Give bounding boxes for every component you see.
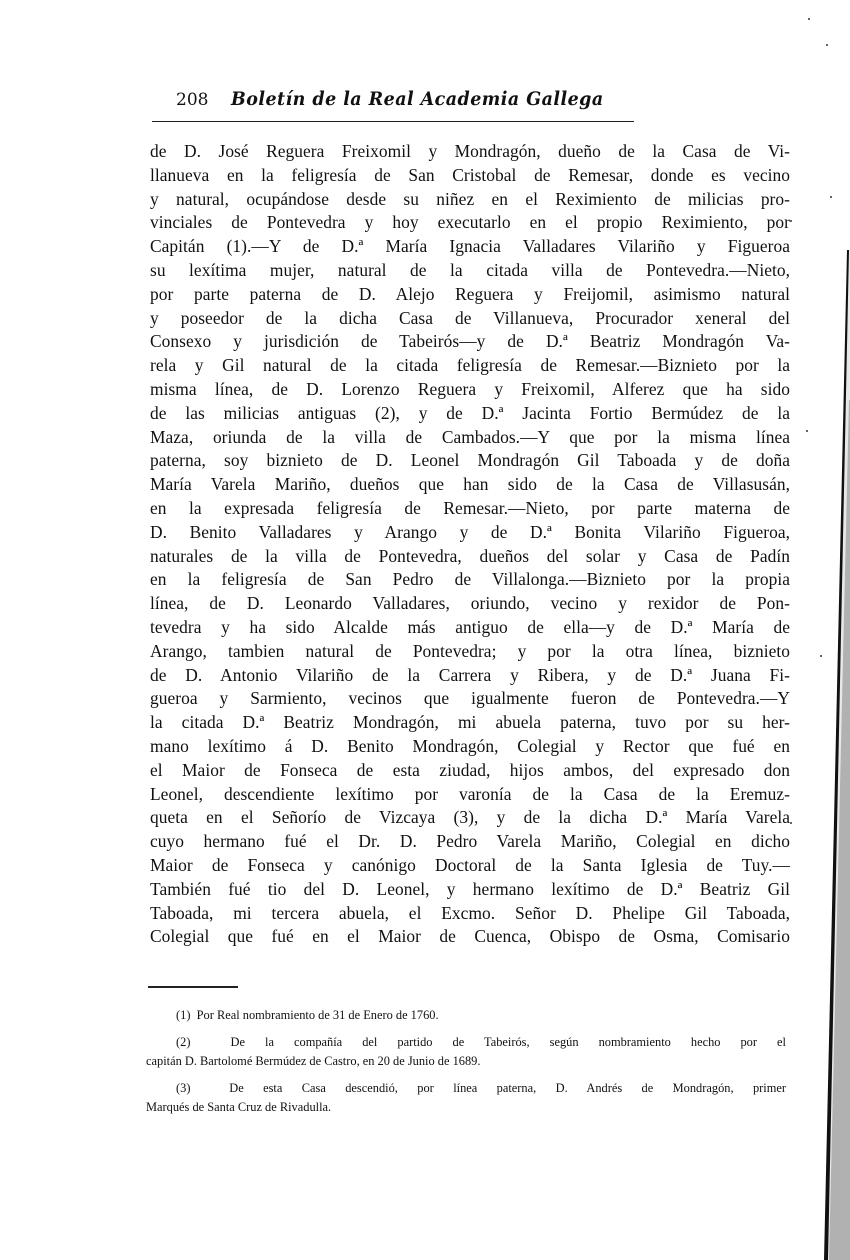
body-line: en la expresada feligresía de Remesar.—N…	[150, 497, 790, 521]
body-line: de D. José Reguera Freixomil y Mondragón…	[150, 140, 790, 164]
body-line: cuyo hermano fué el Dr. D. Pedro Varela …	[150, 830, 790, 854]
body-line: gueroa y Sarmiento, vecinos que igualmen…	[150, 687, 790, 711]
body-line: línea, de D. Leonardo Valladares, oriund…	[150, 592, 790, 616]
footnote-marker: (3)	[176, 1081, 190, 1095]
body-line: tevedra y ha sido Alcalde más antiguo de…	[150, 616, 790, 640]
footnote-2-continued: capitán D. Bartolomé Bermúdez de Castro,…	[146, 1052, 786, 1071]
footnotes: (1) Por Real nombramiento de 31 de Enero…	[146, 1006, 786, 1117]
body-line: D. Benito Valladares y Arango y de D.ª B…	[150, 521, 790, 545]
body-line: Leonel, descendiente lexítimo por varoní…	[150, 783, 790, 807]
body-line: Taboada, mi tercera abuela, el Excmo. Se…	[150, 902, 790, 926]
body-line: Consexo y jurisdición de Tabeirós—y de D…	[150, 330, 790, 354]
footnote-marker: (1)	[176, 1008, 190, 1022]
body-line: Arango, tambien natural de Pontevedra; y…	[150, 640, 790, 664]
footnote-text: De esta Casa descendió, por línea patern…	[229, 1081, 786, 1095]
footnote-text: De la compañía del partido de Tabeirós, …	[231, 1035, 786, 1049]
footnote-1: (1) Por Real nombramiento de 31 de Enero…	[146, 1006, 786, 1025]
body-line: paterna, soy biznieto de D. Leonel Mondr…	[150, 449, 790, 473]
body-line: Maior de Fonseca y canónigo Doctoral de …	[150, 854, 790, 878]
journal-title: Boletín de la Real Academia Gallega	[231, 88, 604, 110]
header-rule	[152, 121, 634, 122]
body-line: llanueva en la feligresía de San Cristob…	[150, 164, 790, 188]
body-line: mano lexítimo á D. Benito Mondragón, Col…	[150, 735, 790, 759]
body-line: queta en el Señorío de Vizcaya (3), y de…	[150, 806, 790, 830]
page-edge-shadow	[810, 0, 850, 1260]
scanned-page: 208 Boletín de la Real Academia Gallega …	[0, 0, 850, 1260]
footnote-3-continued: Marqués de Santa Cruz de Rivadulla.	[146, 1098, 786, 1117]
body-line: y natural, ocupándose desde su niñez en …	[150, 188, 790, 212]
body-line: en la feligresía de San Pedro de Villalo…	[150, 568, 790, 592]
body-line: rela y Gil natural de la citada feligres…	[150, 354, 790, 378]
body-line: y poseedor de la dicha Casa de Villanuev…	[150, 307, 790, 331]
footnote-rule	[148, 986, 238, 988]
body-line: Maza, oriunda de la villa de Cambados.—Y…	[150, 426, 790, 450]
body-line: Capitán (1).—Y de D.ª María Ignacia Vall…	[150, 235, 790, 259]
body-line: Colegial que fué en el Maior de Cuenca, …	[150, 925, 790, 949]
running-head: 208 Boletín de la Real Academia Gallega	[176, 88, 636, 116]
body-text: de D. José Reguera Freixomil y Mondragón…	[150, 140, 790, 949]
page-number: 208	[176, 90, 231, 110]
body-line: naturales de la villa de Pontevedra, due…	[150, 545, 790, 569]
footnote-3: (3) De esta Casa descendió, por línea pa…	[146, 1079, 786, 1098]
body-line: la citada D.ª Beatriz Mondragón, mi abue…	[150, 711, 790, 735]
body-line: También fué tio del D. Leonel, y hermano…	[150, 878, 790, 902]
footnote-2: (2) De la compañía del partido de Tabeir…	[146, 1033, 786, 1052]
body-line: de las milicias antiguas (2), y de D.ª J…	[150, 402, 790, 426]
footnote-marker: (2)	[176, 1035, 190, 1049]
body-line: vinciales de Pontevedra y hoy executarlo…	[150, 211, 790, 235]
body-line: el Maior de Fonseca de esta ziudad, hijo…	[150, 759, 790, 783]
body-line: por parte paterna de D. Alejo Reguera y …	[150, 283, 790, 307]
body-line: de D. Antonio Vilariño de la Carrera y R…	[150, 664, 790, 688]
footnote-text: Por Real nombramiento de 31 de Enero de …	[197, 1008, 439, 1022]
body-line: misma línea, de D. Lorenzo Reguera y Fre…	[150, 378, 790, 402]
body-line: su lexítima mujer, natural de la citada …	[150, 259, 790, 283]
body-line: María Varela Mariño, dueños que han sido…	[150, 473, 790, 497]
